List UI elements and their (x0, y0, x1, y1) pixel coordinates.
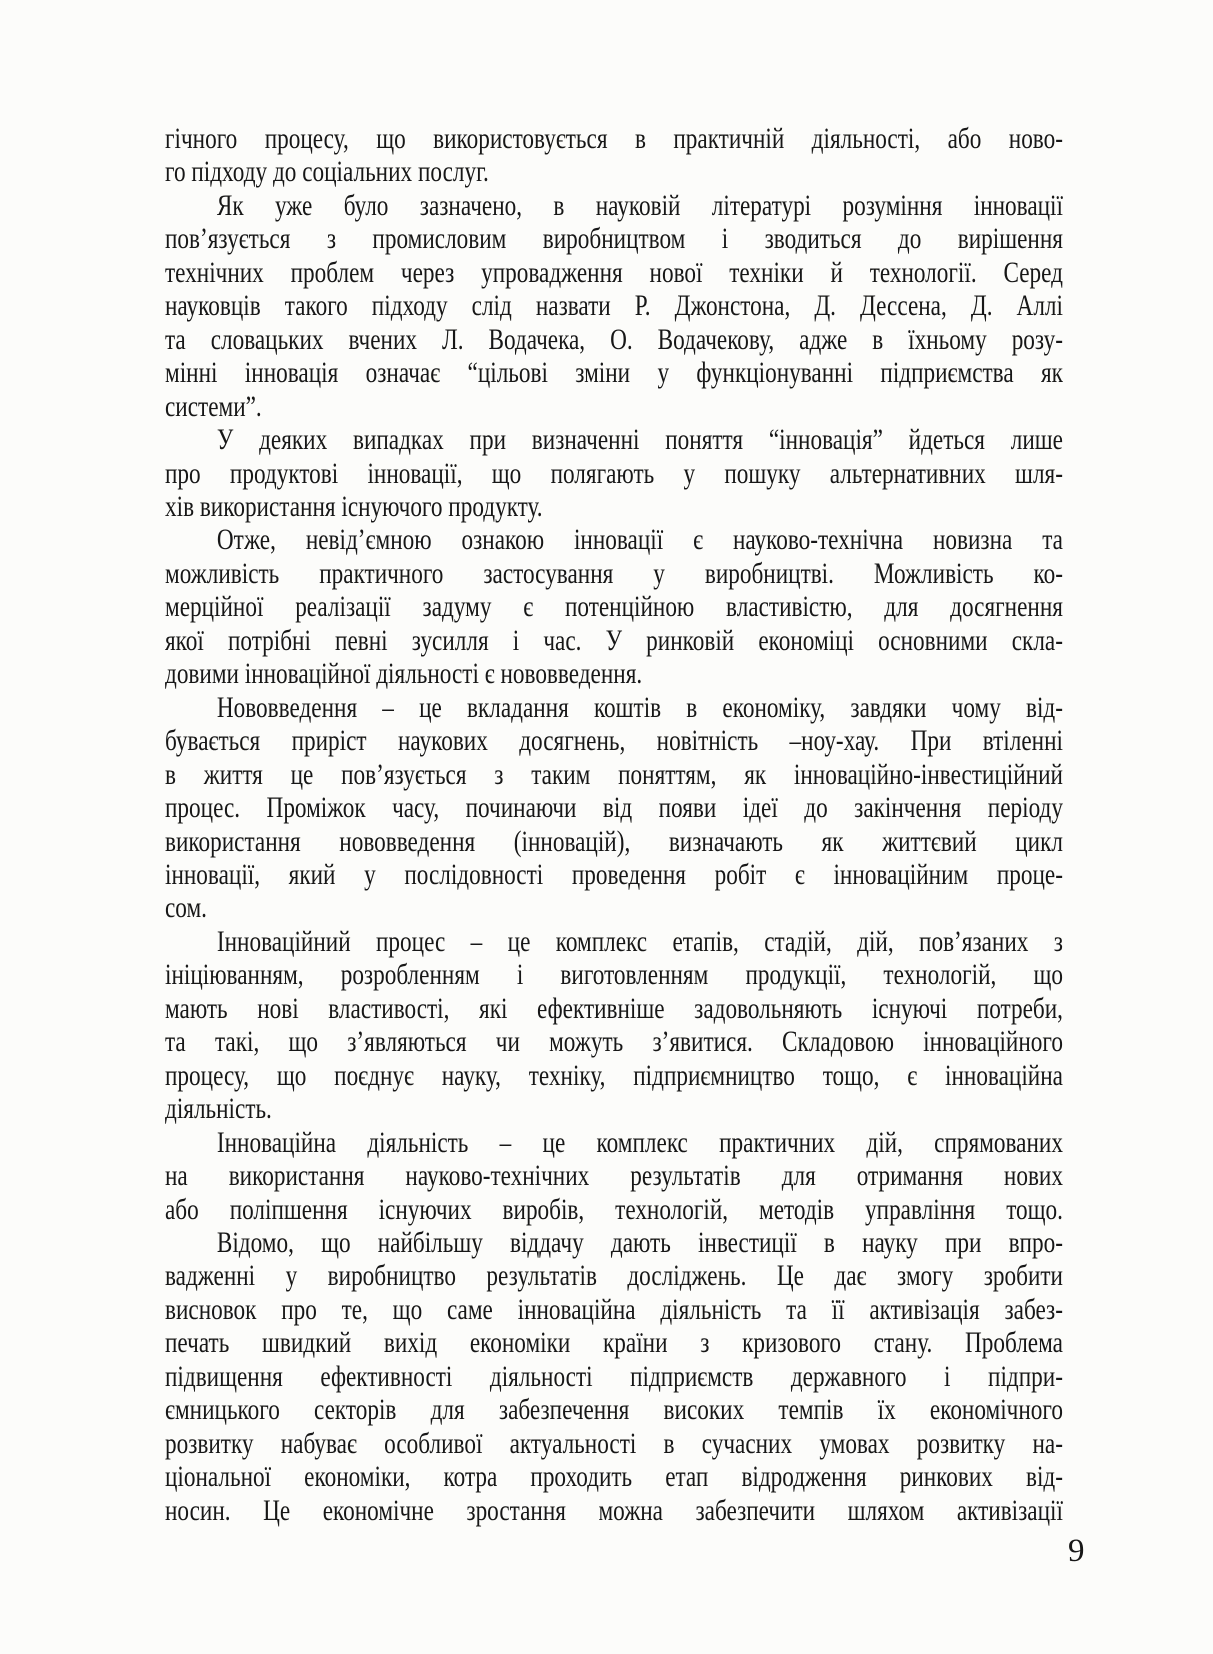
text-line: та такі, що з’являються чи можуть з’явит… (165, 1025, 1063, 1058)
text-line: вадженні у виробництво результатів дослі… (165, 1259, 1063, 1292)
page-text: гічного процесу, що використовується в п… (165, 122, 1063, 1527)
text-line: розвитку набуває особливої актуальності … (165, 1427, 1063, 1460)
book-page: гічного процесу, що використовується в п… (0, 0, 1213, 1654)
text-line: бувається приріст наукових досягнень, но… (165, 724, 1063, 757)
text-line: мінні інновація означає “цільові зміни у… (165, 356, 1063, 389)
page-number: 9 (1068, 1535, 1085, 1568)
text-line: мають нові властивості, які ефективніше … (165, 992, 1063, 1025)
text-line: про продуктові інновації, що полягають у… (165, 457, 1063, 490)
text-line: інновації, який у послідовності проведен… (165, 858, 1063, 891)
text-line: печать швидкий вихід економіки країни з … (165, 1326, 1063, 1359)
text-line: системи”. (165, 390, 1063, 423)
text-line: або поліпшення існуючих виробів, техноло… (165, 1193, 1063, 1226)
text-line: в життя це пов’язується з таким поняттям… (165, 758, 1063, 791)
text-line: носин. Це економічне зростання можна заб… (165, 1494, 1063, 1527)
text-line: У деяких випадках при визначенні поняття… (165, 423, 1063, 456)
text-line: технічних проблем через упровадження нов… (165, 256, 1063, 289)
text-line: висновок про те, що саме інноваційна дія… (165, 1293, 1063, 1326)
text-line: довими інноваційної діяльності є нововве… (165, 657, 1063, 690)
text-line: ціональної економіки, котра проходить ет… (165, 1460, 1063, 1493)
text-line: сом. (165, 891, 1063, 924)
text-line: хів використання існуючого продукту. (165, 490, 1063, 523)
text-line: ініціюванням, розробленням і виготовленн… (165, 958, 1063, 991)
text-line: діяльність. (165, 1092, 1063, 1125)
text-line: можливість практичного застосування у ви… (165, 557, 1063, 590)
text-line: підвищення ефективності діяльності підпр… (165, 1360, 1063, 1393)
text-line: ємницького секторів для забезпечення вис… (165, 1393, 1063, 1426)
text-line: використання нововведення (інновацій), в… (165, 825, 1063, 858)
text-line: на використання науково-технічних резуль… (165, 1159, 1063, 1192)
text-line: та словацьких вчених Л. Водачека, О. Вод… (165, 323, 1063, 356)
text-line: Як уже було зазначено, в науковій літера… (165, 189, 1063, 222)
text-line: гічного процесу, що використовується в п… (165, 122, 1063, 155)
text-line: процесу, що поєднує науку, техніку, підп… (165, 1059, 1063, 1092)
text-line: пов’язується з промисловим виробництвом … (165, 222, 1063, 255)
text-line: Отже, невід’ємною ознакою інновації є на… (165, 523, 1063, 556)
text-line: Інноваційна діяльність – це комплекс пра… (165, 1126, 1063, 1159)
text-line: Нововведення – це вкладання коштів в еко… (165, 691, 1063, 724)
text-line: науковців такого підходу слід назвати Р.… (165, 289, 1063, 322)
text-line: Інноваційний процес – це комплекс етапів… (165, 925, 1063, 958)
text-line: го підходу до соціальних послуг. (165, 155, 1063, 188)
text-line: якої потрібні певні зусилля і час. У рин… (165, 624, 1063, 657)
text-line: мерційної реалізації задуму є потенційно… (165, 590, 1063, 623)
text-line: Відомо, що найбільшу віддачу дають інвес… (165, 1226, 1063, 1259)
text-line: процес. Проміжок часу, починаючи від поя… (165, 791, 1063, 824)
